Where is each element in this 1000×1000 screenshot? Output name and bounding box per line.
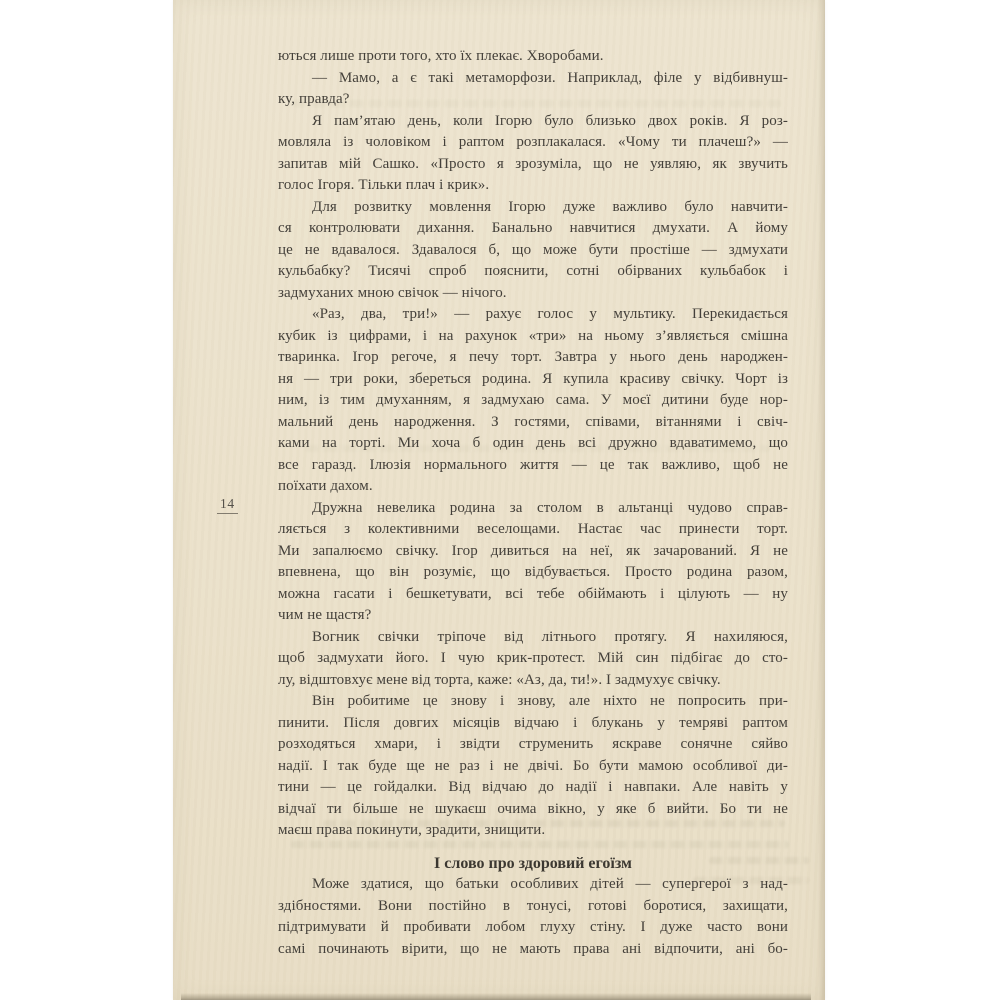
text-line: все гаразд. Ілюзія нормального життя — ц… bbox=[278, 455, 788, 477]
text-line: ку, правда? bbox=[278, 89, 788, 111]
text-line: Може здатися, що батьки особливих дітей … bbox=[278, 874, 788, 896]
text-line: поїхати дахом. bbox=[278, 476, 788, 498]
text-line: Він робитиме це знову і знову, але ніхто… bbox=[278, 691, 788, 713]
text-line: підтримувати й пробивати лобом глуху сті… bbox=[278, 917, 788, 939]
text-line: Ми запалюємо свічку. Ігор дивиться на не… bbox=[278, 541, 788, 563]
text-line: голос Ігоря. Тільки плач і крик». bbox=[278, 175, 788, 197]
book-page-photo: 14 ються лише проти того, хто їх плекає.… bbox=[0, 0, 1000, 1000]
text-line: це не вдавалося. Здавалося б, що може бу… bbox=[278, 240, 788, 262]
text-line: мовляла із чоловіком і раптом розплакала… bbox=[278, 132, 788, 154]
body-text-before-heading: ються лише проти того, хто їх плекає. Хв… bbox=[278, 46, 788, 842]
text-line: надії. І так буде ще не раз і не двічі. … bbox=[278, 756, 788, 778]
paragraph: Дружна невелика родина за столом в альта… bbox=[278, 498, 788, 627]
paragraph: Він робитиме це знову і знову, але ніхто… bbox=[278, 691, 788, 842]
text-line: ються лише проти того, хто їх плекає. Хв… bbox=[278, 46, 788, 68]
text-line: чим не щастя? bbox=[278, 605, 788, 627]
text-line: самі починають вірити, що не мають права… bbox=[278, 939, 788, 961]
text-line: Я пам’ятаю день, коли Ігорю було близько… bbox=[278, 111, 788, 133]
text-line: «Раз, два, три!» — рахує голос у мультик… bbox=[278, 304, 788, 326]
page-bottom-edge bbox=[181, 993, 811, 1000]
paragraph: Вогник свічки тріпоче від літнього протя… bbox=[278, 627, 788, 692]
paragraph: «Раз, два, три!» — рахує голос у мультик… bbox=[278, 304, 788, 498]
paragraph: ються лише проти того, хто їх плекає. Хв… bbox=[278, 46, 788, 68]
text-line: здібностями. Вони постійно в тонусі, гот… bbox=[278, 896, 788, 918]
page-number: 14 bbox=[217, 496, 238, 514]
text-line: мальний день народження. З гостями, спів… bbox=[278, 412, 788, 434]
text-line: маєш права покинути, зрадити, знищити. bbox=[278, 820, 788, 842]
text-line: задмуханих мною свічок — нічого. bbox=[278, 283, 788, 305]
text-line: лу, відштовхує мене від торта, каже: «Аз… bbox=[278, 670, 788, 692]
text-line: Для розвитку мовлення Ігорю дуже важливо… bbox=[278, 197, 788, 219]
text-line: ся контролювати дихання. Банально навчит… bbox=[278, 218, 788, 240]
text-line: пинити. Після довгих місяців відчаю і бл… bbox=[278, 713, 788, 735]
text-line: впевнена, що він розуміє, що відбуваєтьс… bbox=[278, 562, 788, 584]
text-line: Дружна невелика родина за столом в альта… bbox=[278, 498, 788, 520]
text-line: щоб задмухати його. І чую крик-протест. … bbox=[278, 648, 788, 670]
page-right-edge-shading bbox=[818, 0, 825, 1000]
text-line: Вогник свічки тріпоче від літнього протя… bbox=[278, 627, 788, 649]
section-heading: І слово про здоровий егоїзм bbox=[278, 853, 788, 875]
text-line: кульбабку? Тисячі спроб пояснити, сотні … bbox=[278, 261, 788, 283]
body-text-after-heading: Може здатися, що батьки особливих дітей … bbox=[278, 874, 788, 960]
text-line: тваринка. Ігор регоче, я печу торт. Завт… bbox=[278, 347, 788, 369]
text-line: ня — три роки, збереться родина. Я купил… bbox=[278, 369, 788, 391]
text-line: — Мамо, а є такі метаморфози. Наприклад,… bbox=[278, 68, 788, 90]
text-line: ляється з колективними веселощами. Наста… bbox=[278, 519, 788, 541]
paragraph: Я пам’ятаю день, коли Ігорю було близько… bbox=[278, 111, 788, 197]
text-column: ються лише проти того, хто їх плекає. Хв… bbox=[278, 46, 788, 960]
text-line: відчаї ти більше не шукаєш очима вікно, … bbox=[278, 799, 788, 821]
book-page: 14 ються лише проти того, хто їх плекає.… bbox=[173, 0, 825, 1000]
text-line: тини — це гойдалки. Від відчаю до надії … bbox=[278, 777, 788, 799]
text-line: можна гасати і бешкетувати, всі тебе обі… bbox=[278, 584, 788, 606]
paragraph: — Мамо, а є такі метаморфози. Наприклад,… bbox=[278, 68, 788, 111]
paragraph: Для розвитку мовлення Ігорю дуже важливо… bbox=[278, 197, 788, 305]
text-line: ками на торті. Ми хоча б один день всі д… bbox=[278, 433, 788, 455]
text-line: ним, із тим дмуханням, я задмухаю сама. … bbox=[278, 390, 788, 412]
paragraph: Може здатися, що батьки особливих дітей … bbox=[278, 874, 788, 960]
text-line: запитав мій Сашко. «Просто я зрозуміла, … bbox=[278, 154, 788, 176]
text-line: кубик із цифрами, і на рахунок «три» на … bbox=[278, 326, 788, 348]
text-line: розходяться хмари, і звідти струменить я… bbox=[278, 734, 788, 756]
